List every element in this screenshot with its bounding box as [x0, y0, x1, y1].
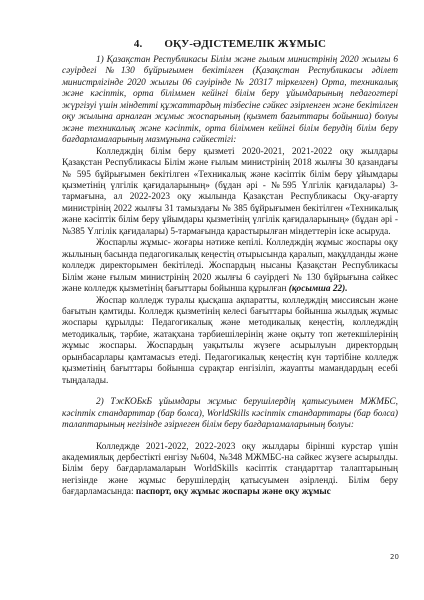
section-title: ОҚУ-ӘДІСТЕМЕЛІК ЖҰМЫС — [164, 38, 326, 50]
paragraph-criterion-2: 2) ТжКОБкБ ұйымдары жұмыс берушілердің қ… — [62, 397, 398, 431]
section-heading: 4.ОҚУ-ӘДІСТЕМЕЛІК ЖҰМЫС — [62, 37, 398, 51]
paragraph-plan-contents: Жоспар колледж туралы қысқаша ақпаратты,… — [62, 296, 398, 388]
paragraph-criterion-1: 1) Қазақстан Республикасы Білім және ғыл… — [62, 55, 398, 147]
paragraph-educational-activity: Колледждің білім беру қызметі 2020-2021,… — [62, 147, 398, 239]
paragraph-academic-autonomy: Колледжде 2021-2022, 2022-2023 оқу жылда… — [62, 442, 398, 499]
document-page: 4.ОҚУ-ӘДІСТЕМЕЛІК ЖҰМЫС 1) Қазақстан Рес… — [62, 37, 398, 499]
appendix-reference: (қосымша 22). — [289, 284, 348, 294]
paragraph-planned-work: Жоспарлы жұмыс- жоғары нәтиже кепілі. Ко… — [62, 238, 398, 295]
bold-emphasis: паспорт, оқу жұмыс жоспары және оқу жұмы… — [136, 487, 331, 497]
page-number: 20 — [390, 553, 399, 561]
section-number: 4. — [134, 37, 142, 51]
